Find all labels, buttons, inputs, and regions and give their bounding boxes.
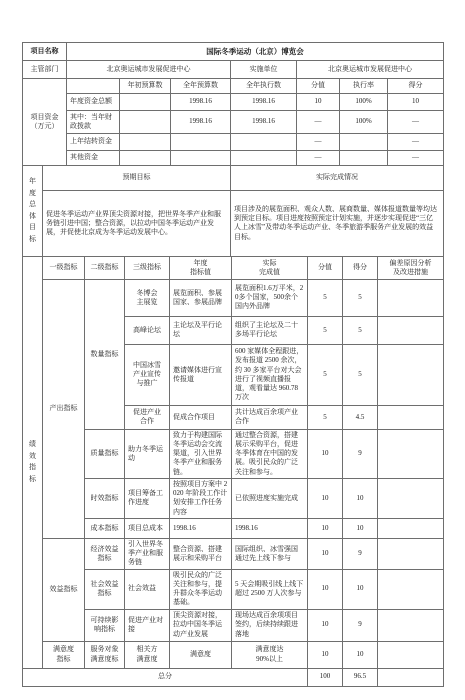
funding-row: 其他资金 — — <box>23 151 444 166</box>
level3-cell: 项目筹备工作进度 <box>125 478 170 518</box>
funding-initial-budget <box>120 134 171 151</box>
score-cell: 5 <box>343 316 378 344</box>
actual-cell: 共计达成百余项产业合作 <box>232 405 308 429</box>
actual-cell: 通过整合资源，搭建展示采购平台，促进冬季体育在中国的发展。吸引民众的广泛关注和参… <box>232 429 308 478</box>
level2-cell: 质量指标 <box>85 429 125 478</box>
col-header-deviation: 偏差原因分析 及改进措施 <box>378 256 444 279</box>
actual-cell: 已依照进度实施完成 <box>232 478 308 518</box>
actual-cell: 1998.16 <box>232 518 308 538</box>
funding-initial-budget <box>120 94 171 111</box>
funding-blank-cell <box>67 79 120 94</box>
funding-initial-budget <box>120 151 171 166</box>
score-cell: 5 <box>343 279 378 316</box>
target-cell: 顶尖资源对接，拉动中国冬季运动产业发展 <box>170 609 232 641</box>
funding-side-label: 项目资金 （万元） <box>23 79 67 166</box>
funding-col-header: 分值 <box>297 79 340 94</box>
funding-annual-exec: 1998.16 <box>231 94 297 111</box>
level3-cell: 项目总成本 <box>125 518 170 538</box>
actual-cell: 组织了主论坛及二十多场平行论坛 <box>232 316 308 344</box>
points-cell: 10 <box>308 478 343 518</box>
actual-cell: 国际组织、冰雪强国通过先上线下参与 <box>232 538 308 569</box>
indicator-row: 质量指标 助力冬季运动 致力于构建国际冬季运动会交流渠道，引入世界冬季产业和服务… <box>23 429 444 478</box>
total-row: 总分 100 96.5 <box>23 668 444 686</box>
funding-col-header: 年初预算数 <box>120 79 171 94</box>
funding-points: — <box>297 151 340 166</box>
col-header-target: 年度 指标值 <box>170 256 232 279</box>
deviation-cell <box>378 316 444 344</box>
project-name-value: 国际冬季运动（北京）博览会 <box>67 43 444 61</box>
actual-completion-header: 实际完成情况 <box>231 166 444 191</box>
deviation-cell <box>378 478 444 518</box>
deviation-cell <box>378 344 444 405</box>
deviation-cell <box>378 279 444 316</box>
actual-cell: 5 天会期吸引线上线下超过 2500 万人次参与 <box>232 569 308 609</box>
level2-cell: 服务对象满意度标 <box>85 641 125 668</box>
funding-row-label: 其中：当年财政拨款 <box>67 111 120 134</box>
col-header-level3: 三级指标 <box>125 256 170 279</box>
actual-cell: 展览面积1.6万平米，20多个国家，500余个国内外品牌 <box>232 279 308 316</box>
actual-cell: 现场达成百余项项目签约，后续持续跟进落地 <box>232 609 308 641</box>
indicator-row: 满意度 指标 服务对象满意度标 相关方 满意度 满意度 满意度达 90%以上 1… <box>23 641 444 668</box>
deviation-cell <box>378 641 444 668</box>
project-name-label: 项目名称 <box>23 43 67 61</box>
funding-annual-budget: 1998.16 <box>171 94 231 111</box>
funding-annual-exec <box>231 151 297 166</box>
indicator-row: 社会效益指标 社会效益 吸引民众的广泛关注和参与，提升群众冬季运动基础。 5 天… <box>23 569 444 609</box>
actual-cell: 600 家媒体全程跟进，发布报道 2500 余次，约 30 多家平台对大会进行了… <box>232 344 308 405</box>
score-cell: 10 <box>343 478 378 518</box>
level2-cell: 社会效益指标 <box>85 569 125 609</box>
level3-cell: 引入世界冬季产业和服务链 <box>125 538 170 569</box>
target-cell: 邀请媒体进行宣传报道 <box>170 344 232 405</box>
indicator-row: 时效指标 项目筹备工作进度 按照项目方案中 2020 年阶段工作计划安排工作任务… <box>23 478 444 518</box>
impl-value: 北京奥运城市发展促进中心 <box>297 61 444 79</box>
level3-cell: 冬博会 主展览 <box>125 279 170 316</box>
score-cell: 5 <box>343 344 378 405</box>
form-sheet: 项目名称 国际冬季运动（北京）博览会 主管部门 北京奥运城市发展促进中心 实施单… <box>22 43 443 687</box>
funding-initial-budget <box>120 111 171 134</box>
points-cell: 10 <box>308 641 343 668</box>
level3-cell: 助力冬季运动 <box>125 429 170 478</box>
funding-row-label: 上年结转资金 <box>67 134 120 151</box>
score-cell: 9 <box>343 429 378 478</box>
deviation-cell <box>378 405 444 429</box>
funding-row: 其中：当年财政拨款 1998.16 1998.16 — 100% — <box>23 111 444 134</box>
total-score-cell: 96.5 <box>343 668 378 686</box>
annual-goal-table: 年度总体目标 预期目标 实际完成情况 促进冬季运动产业界顶尖资源对接，把世界冬季… <box>22 165 444 257</box>
target-cell: 促成合作项目 <box>170 405 232 429</box>
total-label-cell: 总分 <box>23 668 308 686</box>
funding-row: 年度资金总额 1998.16 1998.16 10 100% 10 <box>23 94 444 111</box>
indicator-row: 产出指标 数量指标 冬博会 主展览 展览面积、参展国家、参展品牌 展览面积1.6… <box>23 279 444 316</box>
level3-cell: 社会效益 <box>125 569 170 609</box>
funding-col-header: 执行率 <box>340 79 388 94</box>
target-cell: 1998.16 <box>170 518 232 538</box>
funding-annual-budget: 1998.16 <box>171 111 231 134</box>
col-header-level2: 二级指标 <box>85 256 125 279</box>
funding-score: — <box>388 151 444 166</box>
points-cell: 10 <box>308 609 343 641</box>
level3-cell: 促进产业 合作 <box>125 405 170 429</box>
funding-col-header: 得分 <box>388 79 444 94</box>
points-cell: 5 <box>308 279 343 316</box>
funding-exec-rate: 100% <box>340 111 388 134</box>
level3-cell: 促进产业对接 <box>125 609 170 641</box>
level2-cell: 成本指标 <box>85 518 125 538</box>
funding-annual-exec <box>231 134 297 151</box>
deviation-cell <box>378 609 444 641</box>
target-cell: 主论坛及平行论坛 <box>170 316 232 344</box>
funding-annual-budget <box>171 134 231 151</box>
indicator-row: 可持续影响指标 促进产业对接 顶尖资源对接，拉动中国冬季运动产业发展 现场达成百… <box>23 609 444 641</box>
total-points-cell: 100 <box>308 668 343 686</box>
score-cell: 9 <box>343 609 378 641</box>
indicators-table: 绩效指标 一级指标 二级指标 三级指标 年度 指标值 实际 完成值 分值 得分 … <box>22 256 444 687</box>
deviation-cell <box>378 569 444 609</box>
target-cell: 展览面积、参展国家、参展品牌 <box>170 279 232 316</box>
score-cell: 4.5 <box>343 405 378 429</box>
funding-row-label: 年度资金总额 <box>67 94 120 111</box>
funding-score: 10 <box>388 94 444 111</box>
col-header-score: 得分 <box>343 256 378 279</box>
funding-col-header: 全年预算数 <box>171 79 231 94</box>
funding-row-label: 其他资金 <box>67 151 120 166</box>
actual-cell: 满意度达 90%以上 <box>232 641 308 668</box>
funding-points: 10 <box>297 94 340 111</box>
points-cell: 5 <box>308 405 343 429</box>
level3-cell: 相关方 满意度 <box>125 641 170 668</box>
funding-exec-rate <box>340 151 388 166</box>
funding-col-header: 全年执行数 <box>231 79 297 94</box>
score-cell: 10 <box>343 641 378 668</box>
score-cell: 10 <box>343 518 378 538</box>
level1-output-cell: 产出指标 <box>43 279 85 538</box>
level2-cell: 可持续影响指标 <box>85 609 125 641</box>
points-cell: 5 <box>308 344 343 405</box>
funding-row: 上年结转资金 — — <box>23 134 444 151</box>
indicator-row: 效益指标 经济效益指标 引入世界冬季产业和服务链 整合资源、搭建展示和采购平台 … <box>23 538 444 569</box>
points-cell: 10 <box>308 429 343 478</box>
funding-exec-rate <box>340 134 388 151</box>
points-cell: 5 <box>308 316 343 344</box>
funding-exec-rate: 100% <box>340 94 388 111</box>
target-cell: 按照项目方案中 2020 年阶段工作计划安排工作任务内容 <box>170 478 232 518</box>
points-cell: 10 <box>308 518 343 538</box>
funding-points: — <box>297 111 340 134</box>
dept-value: 北京奥运城市发展促进中心 <box>67 61 231 79</box>
funding-annual-budget <box>171 151 231 166</box>
funding-annual-exec: 1998.16 <box>231 111 297 134</box>
points-cell: 10 <box>308 569 343 609</box>
deviation-cell <box>378 518 444 538</box>
deviation-cell <box>378 429 444 478</box>
level3-cell: 高峰论坛 <box>125 316 170 344</box>
expected-goal-header: 预期目标 <box>43 166 231 191</box>
level2-cell: 时效指标 <box>85 478 125 518</box>
level3-cell: 中国冰雪 产业宣传 与推广 <box>125 344 170 405</box>
impl-label: 实施单位 <box>231 61 297 79</box>
annual-goal-side-label-text: 年度总体目标 <box>29 176 36 245</box>
actual-completion-text: 项目涉及的展览面积、观众人数、展商数量、媒体报道数量等均达到预定目标。项目进度按… <box>231 191 444 257</box>
total-deviation-cell <box>378 668 444 686</box>
deviation-cell <box>378 538 444 569</box>
header-table: 项目名称 国际冬季运动（北京）博览会 主管部门 北京奥运城市发展促进中心 实施单… <box>22 42 444 79</box>
target-cell: 致力于构建国际冬季运动会交流渠道，引入世界冬季产业和服务链。 <box>170 429 232 478</box>
level2-cell: 经济效益指标 <box>85 538 125 569</box>
score-cell: 10 <box>343 569 378 609</box>
funding-points: — <box>297 134 340 151</box>
indicator-row: 成本指标 项目总成本 1998.16 1998.16 10 10 <box>23 518 444 538</box>
target-cell: 吸引民众的广泛关注和参与，提升群众冬季运动基础。 <box>170 569 232 609</box>
indicators-side-label: 绩效指标 <box>23 256 43 668</box>
scanned-performance-form: { "header": { "project_name_label": "项目名… <box>0 0 465 700</box>
funding-score: — <box>388 111 444 134</box>
funding-table: 项目资金 （万元） 年初预算数 全年预算数 全年执行数 分值 执行率 得分 年度… <box>22 78 444 166</box>
indicators-side-label-text: 绩效指标 <box>29 439 36 485</box>
col-header-level1: 一级指标 <box>43 256 85 279</box>
target-cell: 整合资源、搭建展示和采购平台 <box>170 538 232 569</box>
level1-benefit-cell: 效益指标 <box>43 538 85 641</box>
expected-goal-text: 促进冬季运动产业界顶尖资源对接，把世界冬季产业和服务链引进中国；整合资源，以拉动… <box>43 191 231 257</box>
level2-cell: 数量指标 <box>85 279 125 429</box>
col-header-actual: 实际 完成值 <box>232 256 308 279</box>
points-cell: 10 <box>308 538 343 569</box>
target-cell: 满意度 <box>170 641 232 668</box>
annual-goal-side-label: 年度总体目标 <box>23 166 43 257</box>
funding-score: — <box>388 134 444 151</box>
col-header-points: 分值 <box>308 256 343 279</box>
score-cell: 9 <box>343 538 378 569</box>
dept-label: 主管部门 <box>23 61 67 79</box>
level1-satisfaction-cell: 满意度 指标 <box>43 641 85 668</box>
